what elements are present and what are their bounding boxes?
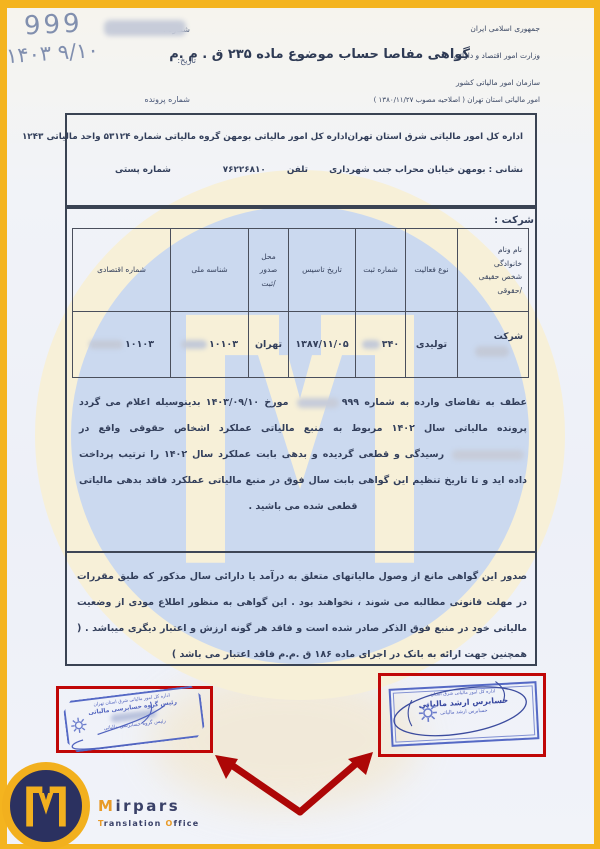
cell-activity: تولیدی: [406, 312, 458, 378]
letterhead-tax-affairs: امور مالیاتی استان تهران ( اصلاحیه مصوب …: [374, 96, 540, 104]
certificate-statement: عطف به تقاضای وارده به شماره ۹۹۹ مورخ ۱۴…: [79, 390, 527, 520]
cell-establish-date: ۱۳۸۷/۱۱/۰۵: [289, 312, 356, 378]
address-text: نشانی : بومهن خیابان محراب جنب شهرداری: [329, 165, 523, 175]
legal-disclaimer: صدور این گواهی مانع از وصول مالیاتهای مت…: [77, 564, 527, 668]
header-registration-no: شماره ثبت: [356, 229, 406, 312]
office-east-tehran: اداره کل امور مالیاتی شرق استان تهران: [348, 132, 524, 142]
date-label: تاریخ:: [177, 56, 196, 65]
letterhead-country: جمهوری اسلامی ایران: [470, 24, 540, 33]
tax-office-info-box: اداره کل امور مالیاتی شرق استان تهران اد…: [65, 113, 537, 207]
phone-value: ۷۶۲۲۶۸۱۰: [223, 165, 266, 175]
header-national-id: شناسه ملی: [171, 229, 249, 312]
cell-national-id: ۱۰۱۰۳: [171, 312, 249, 378]
redaction-blur: [362, 340, 380, 349]
office-line-2: نشانی : بومهن خیابان محراب جنب شهرداری ت…: [115, 165, 523, 175]
section-divider: [67, 551, 535, 553]
brand-name: Mirpars: [98, 797, 180, 815]
redaction-blur: [475, 346, 509, 357]
cell-registration-no: ۳۴۰: [356, 312, 406, 378]
mirpars-logo: [2, 762, 90, 849]
redaction-blur: [181, 340, 207, 349]
mirpars-m-icon: [20, 779, 72, 833]
header-issue-place: محل صدور /ثبت: [249, 229, 289, 312]
document-title: گواهی مفاصا حساب موضوع ماده ۲۳۵ ق . م .م: [235, 47, 470, 62]
redaction-blur: [89, 340, 123, 349]
cell-issue-place: تهران: [249, 312, 289, 378]
header-establish-date: تاریخ تاسیس: [289, 229, 356, 312]
company-info-table: نام ونام خانوادگی شخص حقیقی /حقوقی نوع ف…: [72, 228, 529, 378]
redaction-blur: [297, 398, 339, 408]
certificate-body-box: شرکت : نام ونام خانوادگی شخص حقیقی /حقوق…: [65, 207, 537, 666]
letterhead-organization: سازمان امور مالیاتی کشور: [456, 78, 540, 87]
company-section-label: شرکت :: [494, 215, 534, 226]
signature-scribble: [59, 689, 210, 750]
table-data-row: شرکت تولیدی ۳۴۰ ۱۳۸۷/۱۱/۰۵ تهران ۱۰۱۰۳ ۱…: [73, 312, 529, 378]
annotation-arrows-icon: [190, 735, 410, 825]
brand-subtitle: Translation Office: [98, 819, 199, 828]
redaction-blur: [104, 20, 186, 36]
table-header-row: نام ونام خانوادگی شخص حقیقی /حقوقی نوع ف…: [73, 229, 529, 312]
redaction-blur: [452, 450, 524, 460]
serial-number-handwritten: 999: [23, 8, 83, 41]
header-activity: نوع فعالیت: [406, 229, 458, 312]
scanned-tax-clearance-document: جمهوری اسلامی ایران وزارت امور اقتصاد و …: [0, 0, 600, 849]
header-economic-code: شماره اقتصادی: [73, 229, 171, 312]
cell-company-name: شرکت: [458, 312, 529, 378]
office-line-1: اداره کل امور مالیاتی شرق استان تهران اد…: [79, 132, 523, 142]
office-boomehen-unit: اداره کل امور مالیاتی بومهن گروه مالیاتی…: [22, 132, 348, 142]
header-name: نام ونام خانوادگی شخص حقیقی /حقوقی: [458, 229, 529, 312]
postal-code-label: شماره پستی: [115, 165, 171, 175]
phone-label: تلفن: [287, 165, 308, 175]
file-number-label: شماره پرونده: [145, 95, 190, 104]
cell-economic-code: ۱۰۱۰۳: [73, 312, 171, 378]
office-address-group: نشانی : بومهن خیابان محراب جنب شهرداری ت…: [205, 165, 523, 175]
